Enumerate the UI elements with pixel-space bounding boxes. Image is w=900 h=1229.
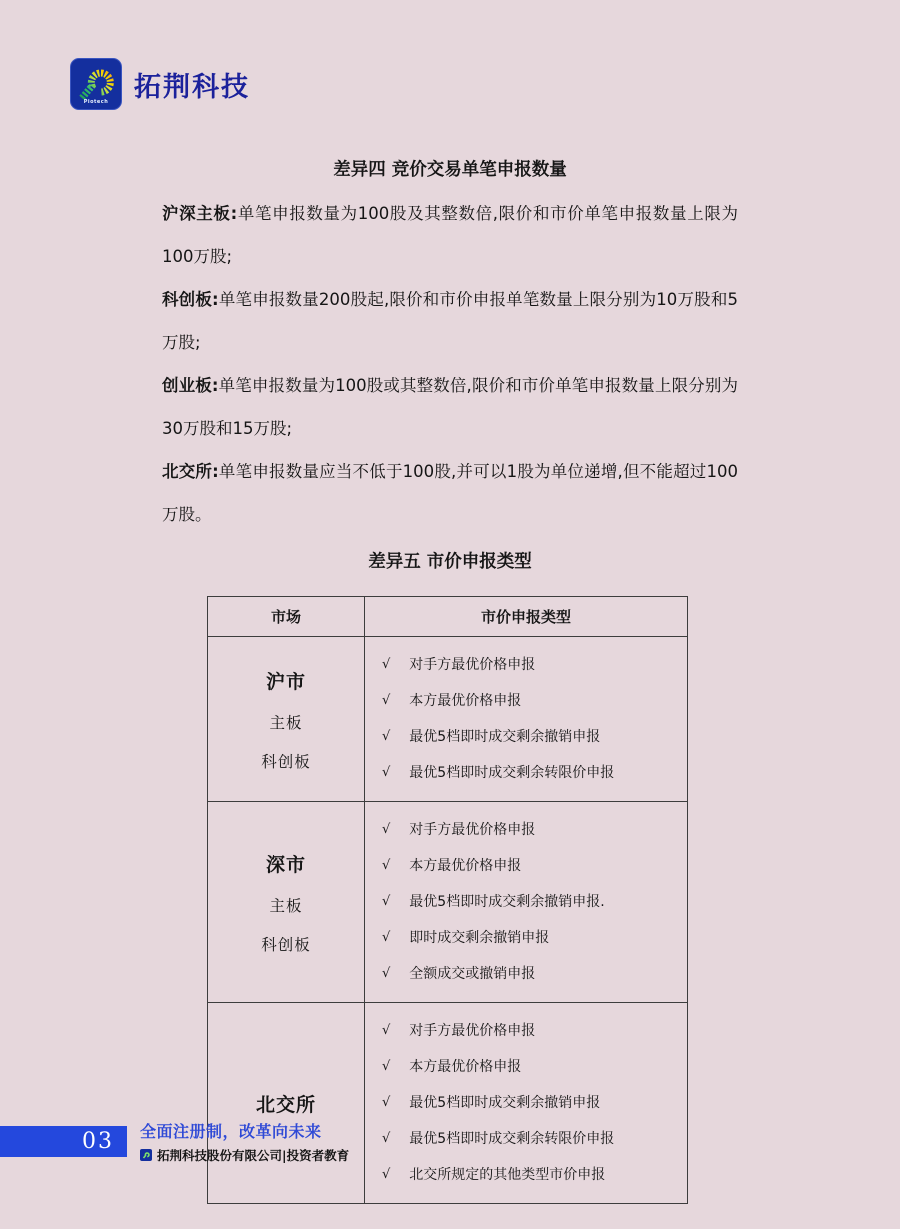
table-header-row: 市场 市价申报类型 [208, 597, 687, 636]
piotech-logo-icon: Piotech [70, 58, 122, 110]
rule-text: 单笔申报数量为100股及其整数倍,限价和市价单笔申报数量上限为100万股; [162, 204, 738, 266]
footer-company: 拓荆科技股份有限公司|投资者教育 [157, 1146, 349, 1164]
order-type-label: 本方最优价格申报 [409, 848, 521, 884]
checkmark-icon: √ [382, 1121, 390, 1157]
order-types-cell: √对手方最优价格申报√本方最优价格申报√最优5档即时成交剩余撤销申报.√即时成交… [365, 802, 687, 1002]
checkmark-icon: √ [382, 884, 390, 920]
order-type-label: 对手方最优价格申报 [409, 647, 535, 683]
market-order-types-table: 市场 市价申报类型 沪市主板科创板√对手方最优价格申报√本方最优价格申报√最优5… [207, 596, 688, 1204]
order-type-label: 本方最优价格申报 [409, 1049, 521, 1085]
market-name: 深市 [266, 850, 306, 877]
rule-text: 单笔申报数量为100股或其整数倍,限价和市价单笔申报数量上限分别为30万股和15… [162, 376, 738, 438]
checkmark-icon: √ [382, 683, 390, 719]
page-number-bar: 03 [0, 1126, 127, 1157]
footer-text: 全面注册制，改革向未来 拓荆科技股份有限公司|投资者教育 [140, 1119, 349, 1164]
order-type-label: 对手方最优价格申报 [409, 1013, 535, 1049]
market-board: 科创板 [261, 750, 311, 772]
order-type-item: √对手方最优价格申报 [382, 647, 679, 683]
order-type-item: √本方最优价格申报 [382, 848, 679, 884]
order-type-item: √最优5档即时成交剩余转限价申报 [382, 1121, 679, 1157]
piotech-mini-logo-icon [140, 1149, 152, 1161]
section5-title: 差异五 市价申报类型 [162, 548, 738, 576]
rule-text: 单笔申报数量200股起,限价和市价申报单笔数量上限分别为10万股和5万股; [162, 290, 738, 352]
order-type-item: √本方最优价格申报 [382, 683, 679, 719]
checkmark-icon: √ [382, 719, 390, 755]
column-header-order-types: 市价申报类型 [365, 597, 687, 636]
order-type-label: 最优5档即时成交剩余撤销申报 [409, 719, 600, 755]
table-row: 北交所√对手方最优价格申报√本方最优价格申报√最优5档即时成交剩余撤销申报√最优… [208, 1002, 687, 1203]
order-type-label: 本方最优价格申报 [409, 683, 521, 719]
market-board: 主板 [269, 894, 302, 916]
order-type-item: √对手方最优价格申报 [382, 1013, 679, 1049]
order-type-item: √最优5档即时成交剩余撤销申报. [382, 884, 679, 920]
document-page: Piotech 拓荆科技 差异四 竞价交易单笔申报数量 沪深主板:单笔申报数量为… [0, 0, 900, 1229]
market-name: 北交所 [256, 1090, 316, 1117]
footer-company-line: 拓荆科技股份有限公司|投资者教育 [140, 1146, 349, 1164]
rule-paragraph: 北交所:单笔申报数量应当不低于100股,并可以1股为单位递增,但不能超过100万… [162, 450, 738, 536]
order-type-item: √全额成交或撤销申报 [382, 956, 679, 992]
order-type-label: 对手方最优价格申报 [409, 812, 535, 848]
rule-paragraph: 科创板:单笔申报数量200股起,限价和市价申报单笔数量上限分别为10万股和5万股… [162, 278, 738, 364]
page-number: 03 [82, 1129, 114, 1154]
section4-title: 差异四 竞价交易单笔申报数量 [162, 156, 738, 184]
checkmark-icon: √ [382, 848, 390, 884]
market-name: 沪市 [266, 667, 306, 694]
order-type-item: √对手方最优价格申报 [382, 812, 679, 848]
order-type-item: √最优5档即时成交剩余撤销申报 [382, 1085, 679, 1121]
table-row: 深市主板科创板√对手方最优价格申报√本方最优价格申报√最优5档即时成交剩余撤销申… [208, 801, 687, 1002]
market-label: 科创板: [162, 290, 219, 309]
order-type-item: √北交所规定的其他类型市价申报 [382, 1157, 679, 1193]
checkmark-icon: √ [382, 1085, 390, 1121]
market-label: 沪深主板: [162, 204, 237, 223]
checkmark-icon: √ [382, 920, 390, 956]
order-type-item: √本方最优价格申报 [382, 1049, 679, 1085]
order-type-label: 最优5档即时成交剩余转限价申报 [409, 755, 614, 791]
market-label: 创业板: [162, 376, 219, 395]
rule-paragraph: 沪深主板:单笔申报数量为100股及其整数倍,限价和市价单笔申报数量上限为100万… [162, 192, 738, 278]
order-type-label: 最优5档即时成交剩余转限价申报 [409, 1121, 614, 1157]
market-cell: 北交所 [208, 1003, 365, 1203]
brand-header: Piotech 拓荆科技 [70, 58, 250, 110]
logo-subtext: Piotech [71, 99, 121, 105]
order-type-label: 即时成交剩余撤销申报 [409, 920, 549, 956]
checkmark-icon: √ [382, 956, 390, 992]
order-type-label: 最优5档即时成交剩余撤销申报. [409, 884, 604, 920]
market-board: 科创板 [261, 933, 311, 955]
checkmark-icon: √ [382, 755, 390, 791]
order-type-item: √最优5档即时成交剩余撤销申报 [382, 719, 679, 755]
rule-text: 单笔申报数量应当不低于100股,并可以1股为单位递增,但不能超过100万股。 [162, 462, 738, 524]
market-board: 主板 [269, 711, 302, 733]
order-type-label: 全额成交或撤销申报 [409, 956, 535, 992]
order-type-item: √最优5档即时成交剩余转限价申报 [382, 755, 679, 791]
order-type-label: 北交所规定的其他类型市价申报 [409, 1157, 605, 1193]
rule-paragraph: 创业板:单笔申报数量为100股或其整数倍,限价和市价单笔申报数量上限分别为30万… [162, 364, 738, 450]
checkmark-icon: √ [382, 812, 390, 848]
market-label: 北交所: [162, 462, 219, 481]
order-type-label: 最优5档即时成交剩余撤销申报 [409, 1085, 600, 1121]
table-row: 沪市主板科创板√对手方最优价格申报√本方最优价格申报√最优5档即时成交剩余撤销申… [208, 636, 687, 801]
market-cell: 深市主板科创板 [208, 802, 365, 1002]
checkmark-icon: √ [382, 1049, 390, 1085]
section4-paragraphs: 沪深主板:单笔申报数量为100股及其整数倍,限价和市价单笔申报数量上限为100万… [162, 192, 738, 536]
footer-slogan: 全面注册制，改革向未来 [140, 1119, 349, 1142]
main-content: 差异四 竞价交易单笔申报数量 沪深主板:单笔申报数量为100股及其整数倍,限价和… [0, 0, 900, 1204]
order-type-item: √即时成交剩余撤销申报 [382, 920, 679, 956]
checkmark-icon: √ [382, 1157, 390, 1193]
order-types-cell: √对手方最优价格申报√本方最优价格申报√最优5档即时成交剩余撤销申报√最优5档即… [365, 637, 687, 801]
checkmark-icon: √ [382, 647, 390, 683]
brand-name: 拓荆科技 [134, 65, 250, 104]
market-cell: 沪市主板科创板 [208, 637, 365, 801]
column-header-market: 市场 [208, 597, 365, 636]
checkmark-icon: √ [382, 1013, 390, 1049]
order-types-cell: √对手方最优价格申报√本方最优价格申报√最优5档即时成交剩余撤销申报√最优5档即… [365, 1003, 687, 1203]
